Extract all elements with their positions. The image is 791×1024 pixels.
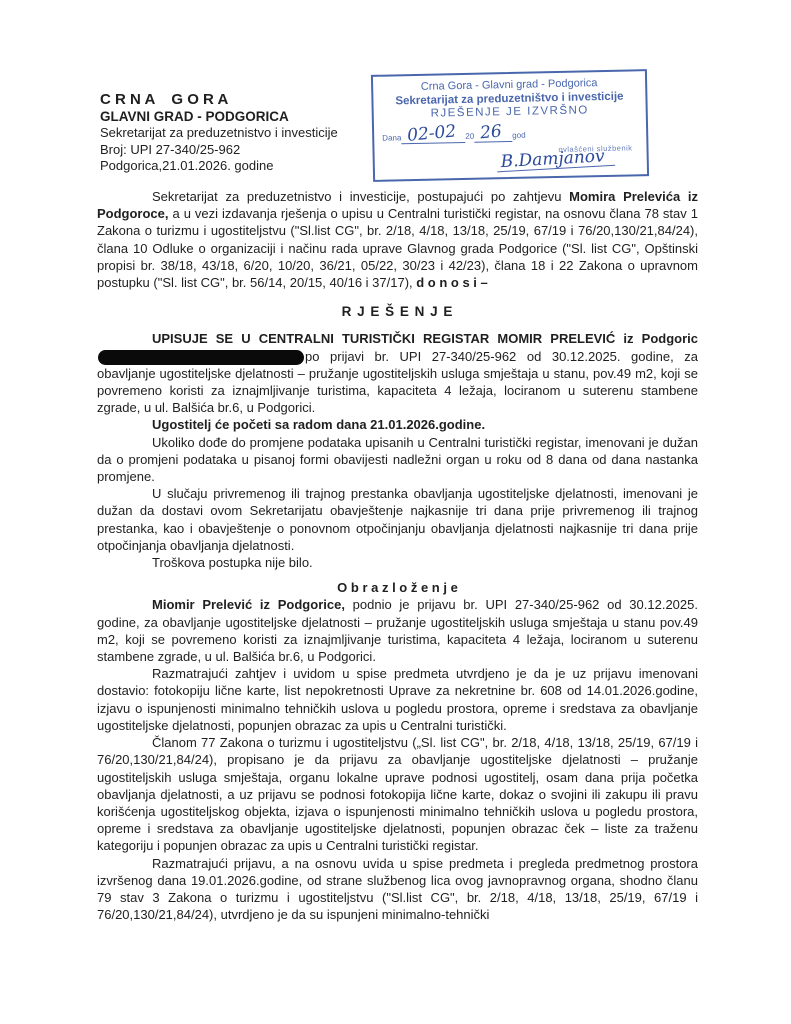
decision-paragraph: UPISUJE SE U CENTRALNI TURISTIČKI REGIST… <box>97 330 698 416</box>
costs-line: Troškova postupka nije bilo. <box>97 554 698 571</box>
intro-lead: Sekretarijat za preduzetnistvo i investi… <box>152 189 569 204</box>
decision-bold: UPISUJE SE U CENTRALNI TURISTIČKI REGIST… <box>152 331 698 346</box>
change-notice-paragraph: Ukoliko dođe do promjene podataka upisan… <box>97 434 698 486</box>
stamp-year-prefix: 20 <box>465 129 474 143</box>
stamp-year-handwritten: 26 <box>479 123 502 141</box>
document-body: Sekretarijat za preduzetnistvo i investi… <box>97 188 698 923</box>
letterhead-place-date: Podgorica,21.01.2026. godine <box>100 158 338 175</box>
letterhead-country: C R N A G O R A <box>100 92 338 109</box>
scanned-document-page: C R N A G O R A GLAVNI GRAD - PODGORICA … <box>0 0 791 1024</box>
reasoning-paragraph-4: Razmatrajući prijavu, a na osnovu uvida … <box>97 855 698 924</box>
start-date-line: Ugostitelj će početi sa radom dana 21.01… <box>97 416 698 433</box>
cessation-paragraph: U slučaju privremenog ili trajnog presta… <box>97 485 698 554</box>
letterhead-city: GLAVNI GRAD - PODGORICA <box>100 109 338 126</box>
letterhead-case-number: Broj: UPI 27-340/25-962 <box>100 142 338 159</box>
reasoning-applicant: Miomir Prelević iz Podgorice, <box>152 597 345 612</box>
intro-donosi: d o n o s i – <box>416 275 488 290</box>
intro-paragraph: Sekretarijat za preduzetnistvo i investi… <box>97 188 698 291</box>
letterhead: C R N A G O R A GLAVNI GRAD - PODGORICA … <box>100 92 338 175</box>
executory-stamp: Crna Gora - Glavni grad - Podgorica Sekr… <box>371 69 649 182</box>
letterhead-department: Sekretarijat za preduzetnistvo i investi… <box>100 125 338 142</box>
stamp-year-suffix: god <box>512 128 526 142</box>
redaction-bar <box>98 350 304 365</box>
reasoning-paragraph-2: Razmatrajući zahtjev i uvidom u spise pr… <box>97 665 698 734</box>
stamp-date-handwritten: 02-02 <box>407 123 457 143</box>
intro-rest: a u vezi izdavanja rješenja o upisu u Ce… <box>97 206 698 290</box>
decision-title: R J E Š E N J E <box>97 303 698 320</box>
stamp-date-label: Dana <box>382 131 401 145</box>
reasoning-paragraph-3: Članom 77 Zakona o turizmu i ugostiteljs… <box>97 734 698 854</box>
stamp-signature: B.Damjanov <box>496 149 615 171</box>
stamp-signature-block: ovlašćeni službenik B.Damjanov <box>470 141 640 170</box>
reasoning-paragraph-1: Miomir Prelević iz Podgorice, podnio je … <box>97 596 698 665</box>
reasoning-title: O b r a z l o ž e n j e <box>97 579 698 596</box>
